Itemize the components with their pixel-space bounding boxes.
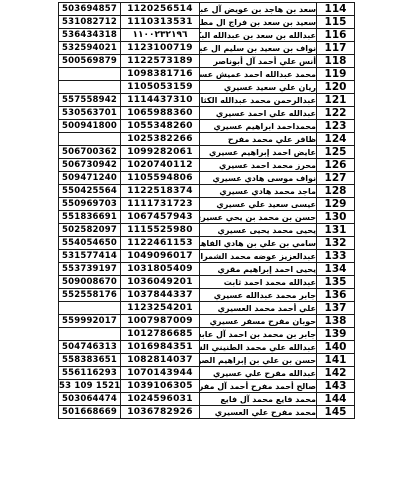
- table-row: 1025382266ظافر علي محمد مفرح124: [59, 133, 355, 146]
- table-row: 5537391971031805409يحيى احمد إبراهيم مقر…: [59, 263, 355, 276]
- national-id-cell: 1122573189: [121, 55, 200, 68]
- national-id-cell: 1114437310: [121, 94, 200, 107]
- mobile-number-cell: 531082712: [59, 16, 121, 29]
- mobile-number-cell: 559992017: [59, 315, 121, 328]
- row-number-cell: 127: [317, 172, 355, 185]
- table-row: 5030644741024596031محمد فايع محمد آل فاي…: [59, 393, 355, 406]
- mobile-number-cell: 550425564: [59, 185, 121, 198]
- full-name-cell: عبدالله علي محمد الطنيني الشهري: [200, 341, 317, 354]
- mobile-number-cell: 531577414: [59, 250, 121, 263]
- mobile-number-cell: 500941800: [59, 120, 121, 133]
- row-number-cell: 143: [317, 380, 355, 393]
- table-row: 5583836511082814037حسن بن علي بن إبراهيم…: [59, 354, 355, 367]
- row-number-cell: 116: [317, 29, 355, 42]
- full-name-cell: حوبان مفرح مسفر عسيري: [200, 315, 317, 328]
- national-id-cell: 1037844337: [121, 289, 200, 302]
- national-id-cell: 1111731723: [121, 198, 200, 211]
- full-name-cell: يحيى احمد إبراهيم مقري: [200, 263, 317, 276]
- mobile-number-cell: 506730942: [59, 159, 121, 172]
- full-name-cell: عبدالعزيز عوضه محمد الشمراني: [200, 250, 317, 263]
- full-name-cell: صالح أحمد مفرح أحمد آل مفرح: [200, 380, 317, 393]
- mobile-number-cell: 503064474: [59, 393, 121, 406]
- row-number-cell: 131: [317, 224, 355, 237]
- national-id-cell: 1012786685: [121, 328, 200, 341]
- national-id-cell: 1105594806: [121, 172, 200, 185]
- roster-table: 5036948571120256514سعد بن هاجد بن عويض آ…: [58, 2, 355, 419]
- row-number-cell: 119: [317, 68, 355, 81]
- table-row: 5504255641122518374ماجد محمد هادي عسيري1…: [59, 185, 355, 198]
- full-name-cell: نواف موسى هادي عسيري: [200, 172, 317, 185]
- table-row: 1105053159ريان علي سعيد عسيري120: [59, 81, 355, 94]
- table-row: 5016686691036782926محمد مفرح علي العسيري…: [59, 406, 355, 419]
- row-number-cell: 132: [317, 237, 355, 250]
- national-id-cell: 1098381716: [121, 68, 200, 81]
- national-id-cell: 1024596031: [121, 393, 200, 406]
- row-number-cell: 129: [317, 198, 355, 211]
- mobile-number-cell: 504746313: [59, 341, 121, 354]
- mobile-number-cell: [59, 133, 121, 146]
- table-row: 5305637011065988360عبدالله علي احمد عسير…: [59, 107, 355, 120]
- table-row: 5036948571120256514سعد بن هاجد بن عويض آ…: [59, 3, 355, 16]
- full-name-cell: جابر بن محمد بن احمد آل عابس: [200, 328, 317, 341]
- table-row: 5325940211123100719نواف بن سعيد بن سليم …: [59, 42, 355, 55]
- full-name-cell: محمد عبدالله احمد عميش عسيري: [200, 68, 317, 81]
- national-id-cell: 1105053159: [121, 81, 200, 94]
- row-number-cell: 139: [317, 328, 355, 341]
- full-name-cell: سامي بن علي بن هادي الفاهمي العسيري: [200, 237, 317, 250]
- mobile-number-cell: 550969703: [59, 198, 121, 211]
- full-name-cell: عبدالله علي احمد عسيري: [200, 107, 317, 120]
- mobile-number-cell: 551836691: [59, 211, 121, 224]
- national-id-cell: 1115525980: [121, 224, 200, 237]
- national-id-cell: 1036782926: [121, 406, 200, 419]
- full-name-cell: نواف بن سعيد بن سليم ال عبدالله الحارثي: [200, 42, 317, 55]
- full-name-cell: عبدالله محمد احمد ثابت: [200, 276, 317, 289]
- table-row: 1012786685جابر بن محمد بن احمد آل عابس13…: [59, 328, 355, 341]
- table-row: 5518366911067457943حسن بن محمد بن يحي عس…: [59, 211, 355, 224]
- full-name-cell: ماجد محمد هادي عسيري: [200, 185, 317, 198]
- national-id-cell: 1099282061: [121, 146, 200, 159]
- table-row: 5575589421114437310عبدالرحمن محمد عبدالل…: [59, 94, 355, 107]
- full-name-cell: عيسى سعيد علي عسيري: [200, 198, 317, 211]
- table-row: 5525581761037844337جابر محمد عبدالله عسي…: [59, 289, 355, 302]
- full-name-cell: سعيد بن سعد بن فراج ال مطرف الحارثي: [200, 16, 317, 29]
- mobile-number-cell: 532594021: [59, 42, 121, 55]
- roster-table-body: 5036948571120256514سعد بن هاجد بن عويض آ…: [59, 3, 355, 419]
- row-number-cell: 142: [317, 367, 355, 380]
- national-id-cell: 1120256514: [121, 3, 200, 16]
- row-number-cell: 123: [317, 120, 355, 133]
- national-id-cell: 1123254201: [121, 302, 200, 315]
- row-number-cell: 133: [317, 250, 355, 263]
- full-name-cell: محمد فايع محمد آل فايع: [200, 393, 317, 406]
- full-name-cell: محرز محمد احمد عسيري: [200, 159, 317, 172]
- row-number-cell: 125: [317, 146, 355, 159]
- full-name-cell: عبدالله بن سعد بن عبدالله البكري الشهري: [200, 29, 317, 42]
- mobile-number-cell: 557558942: [59, 94, 121, 107]
- full-name-cell: يحيى محمد يحيى عسيري: [200, 224, 317, 237]
- national-id-cell: 1110313531: [121, 16, 200, 29]
- national-id-cell: 1122518374: [121, 185, 200, 198]
- mobile-number-cell: 552558176: [59, 289, 121, 302]
- full-name-cell: عبدالرحمن محمد عبدالله الكثاني: [200, 94, 317, 107]
- table-row: 1098381716محمد عبدالله احمد عميش عسيري11…: [59, 68, 355, 81]
- table-row: 5315774141049096017عبدالعزيز عوضه محمد ا…: [59, 250, 355, 263]
- table-row: 5094712401105594806نواف موسى هادي عسيري1…: [59, 172, 355, 185]
- mobile-number-cell: [59, 68, 121, 81]
- mobile-number-cell: 53 109 1521: [59, 380, 121, 393]
- row-number-cell: 137: [317, 302, 355, 315]
- national-id-cell: 1007987009: [121, 315, 200, 328]
- row-number-cell: 144: [317, 393, 355, 406]
- national-id-cell: 1055348260: [121, 120, 200, 133]
- full-name-cell: عايض احمد إبراهيم عسيري: [200, 146, 317, 159]
- full-name-cell: سعد بن هاجد بن عويض آل عبدالله الحارثي: [200, 3, 317, 16]
- mobile-number-cell: [59, 302, 121, 315]
- table-row: 5540546501122461153سامي بن علي بن هادي ا…: [59, 237, 355, 250]
- mobile-number-cell: 509471240: [59, 172, 121, 185]
- row-number-cell: 136: [317, 289, 355, 302]
- national-id-cell: 1016984351: [121, 341, 200, 354]
- row-number-cell: 130: [317, 211, 355, 224]
- full-name-cell: ريان علي سعيد عسيري: [200, 81, 317, 94]
- mobile-number-cell: 503694857: [59, 3, 121, 16]
- row-number-cell: 134: [317, 263, 355, 276]
- national-id-cell: 1067457943: [121, 211, 200, 224]
- table-row: 5009418001055348260محمداحمد ابراهيم عسير…: [59, 120, 355, 133]
- full-name-cell: ظافر علي محمد مفرح: [200, 133, 317, 146]
- table-row: 5509697031111731723عيسى سعيد علي عسيري12…: [59, 198, 355, 211]
- full-name-cell: علي أحمد محمد العسيري: [200, 302, 317, 315]
- table-row: 5067003621099282061عايض احمد إبراهيم عسي…: [59, 146, 355, 159]
- mobile-number-cell: 509008670: [59, 276, 121, 289]
- table-row: 5005698791122573189أنس علي أحمد آل أبونا…: [59, 55, 355, 68]
- full-name-cell: أنس علي أحمد آل أبوناصر: [200, 55, 317, 68]
- table-row: 5067309421020740112محرز محمد احمد عسيري1…: [59, 159, 355, 172]
- mobile-number-cell: [59, 328, 121, 341]
- mobile-number-cell: 530563701: [59, 107, 121, 120]
- national-id-cell: 1031805409: [121, 263, 200, 276]
- table-row: 5599920171007987009حوبان مفرح مسفر عسيري…: [59, 315, 355, 328]
- row-number-cell: 145: [317, 406, 355, 419]
- national-id-cell: ١١٠٠٢٣٢١٩٦: [121, 29, 200, 42]
- row-number-cell: 141: [317, 354, 355, 367]
- national-id-cell: 1123100719: [121, 42, 200, 55]
- row-number-cell: 117: [317, 42, 355, 55]
- national-id-cell: 1020740112: [121, 159, 200, 172]
- mobile-number-cell: 501668669: [59, 406, 121, 419]
- national-id-cell: 1036049201: [121, 276, 200, 289]
- row-number-cell: 121: [317, 94, 355, 107]
- table-row: 53 109 15211039106305صالح أحمد مفرح أحمد…: [59, 380, 355, 393]
- national-id-cell: 1039106305: [121, 380, 200, 393]
- table-row: 5310827121110313531سعيد بن سعد بن فراج ا…: [59, 16, 355, 29]
- mobile-number-cell: 556116293: [59, 367, 121, 380]
- national-id-cell: 1049096017: [121, 250, 200, 263]
- mobile-number-cell: 558383651: [59, 354, 121, 367]
- national-id-cell: 1082814037: [121, 354, 200, 367]
- mobile-number-cell: 502582097: [59, 224, 121, 237]
- mobile-number-cell: 536434318: [59, 29, 121, 42]
- row-number-cell: 115: [317, 16, 355, 29]
- mobile-number-cell: 553739197: [59, 263, 121, 276]
- full-name-cell: محمداحمد ابراهيم عسيري: [200, 120, 317, 133]
- mobile-number-cell: 506700362: [59, 146, 121, 159]
- mobile-number-cell: 500569879: [59, 55, 121, 68]
- full-name-cell: جابر محمد عبدالله عسيري: [200, 289, 317, 302]
- row-number-cell: 140: [317, 341, 355, 354]
- row-number-cell: 128: [317, 185, 355, 198]
- full-name-cell: عبدالله مفرح علي عسيري: [200, 367, 317, 380]
- table-row: 5561162931070143944عبدالله مفرح علي عسير…: [59, 367, 355, 380]
- table-row: 5047463131016984351عبدالله علي محمد الطن…: [59, 341, 355, 354]
- table-row: 1123254201علي أحمد محمد العسيري137: [59, 302, 355, 315]
- row-number-cell: 114: [317, 3, 355, 16]
- table-row: 5090086701036049201عبدالله محمد احمد ثاب…: [59, 276, 355, 289]
- mobile-number-cell: 554054650: [59, 237, 121, 250]
- row-number-cell: 124: [317, 133, 355, 146]
- row-number-cell: 122: [317, 107, 355, 120]
- full-name-cell: محمد مفرح علي العسيري: [200, 406, 317, 419]
- row-number-cell: 120: [317, 81, 355, 94]
- full-name-cell: حسن بن محمد بن يحي عسيري: [200, 211, 317, 224]
- table-row: 536434318١١٠٠٢٣٢١٩٦عبدالله بن سعد بن عبد…: [59, 29, 355, 42]
- national-id-cell: 1025382266: [121, 133, 200, 146]
- row-number-cell: 118: [317, 55, 355, 68]
- row-number-cell: 126: [317, 159, 355, 172]
- national-id-cell: 1122461153: [121, 237, 200, 250]
- row-number-cell: 138: [317, 315, 355, 328]
- national-id-cell: 1065988360: [121, 107, 200, 120]
- table-row: 5025820971115525980يحيى محمد يحيى عسيري1…: [59, 224, 355, 237]
- national-id-cell: 1070143944: [121, 367, 200, 380]
- row-number-cell: 135: [317, 276, 355, 289]
- mobile-number-cell: [59, 81, 121, 94]
- document-page: 5036948571120256514سعد بن هاجد بن عويض آ…: [0, 0, 403, 500]
- full-name-cell: حسن بن علي بن إبراهيم الصولحي: [200, 354, 317, 367]
